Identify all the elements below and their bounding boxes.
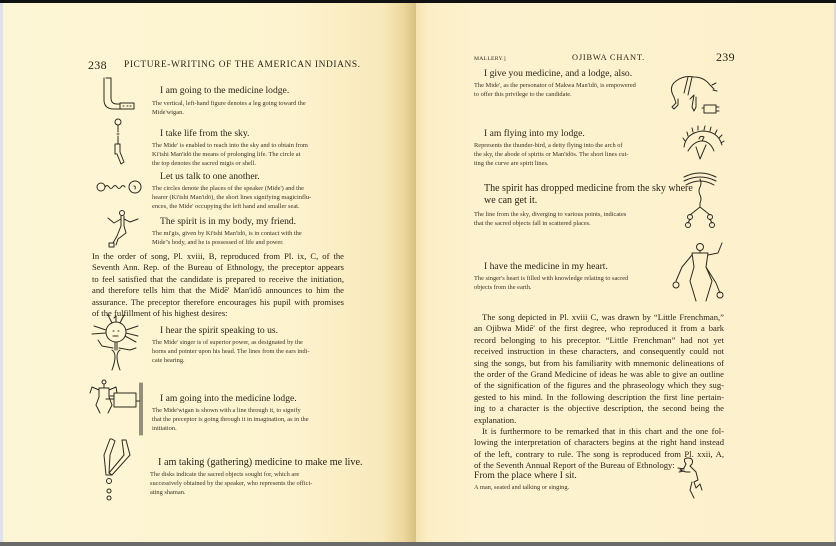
caption: The spirit is in my body, my friend.: [160, 216, 296, 227]
caption: Let us talk to one another.: [160, 171, 260, 182]
arms-and-disks-figure: [100, 437, 136, 505]
body-paragraph: The song depicted in Pl. xviii C, was dr…: [474, 312, 724, 472]
bear-spirit-figure: [666, 73, 728, 115]
caption: I give you medicine, and a lodge, also.: [484, 68, 632, 79]
thunderbird-arch-figure: [680, 125, 726, 165]
man-and-lodge-figure: [86, 379, 150, 439]
caption: I am going into the medicine lodge.: [160, 393, 297, 404]
caption: I have the medicine in my heart.: [484, 261, 608, 272]
heart-man-figure: [672, 241, 724, 307]
right-page: MALLERY.] OJIBWA CHANT. 239 I give you m…: [416, 3, 836, 542]
leg-toward-lodge-figure: [100, 76, 140, 112]
dancing-man-figure: [104, 209, 144, 249]
description: The vertical, left-hand figure denotes a…: [152, 99, 306, 117]
description: The singer's heart is filled with knowle…: [474, 274, 628, 292]
description: The mi'gis, given by Ki'tshi Man'idō, is…: [152, 229, 302, 247]
description: The Mide' singer is of superior power, a…: [152, 338, 309, 365]
caption: I am taking (gathering) medicine to make…: [158, 457, 363, 468]
description: A man, seated and talking or singing.: [474, 483, 569, 492]
description: The disks indicate the sacred objects so…: [150, 470, 312, 497]
arm-reaching-sky-figure: [110, 118, 130, 170]
caption: The spirit has dropped medicine from the…: [484, 183, 693, 207]
running-head: OJIBWA CHANT.: [572, 53, 645, 62]
book-spread: 238 PICTURE-WRITING OF THE AMERICAN INDI…: [0, 3, 836, 542]
caption: I take life from the sky.: [160, 128, 249, 139]
horned-singer-figure: [88, 312, 144, 372]
caption: I hear the spirit speaking to us.: [160, 325, 278, 336]
description: The Mide'wigan is shown with a line thro…: [152, 406, 309, 433]
page-number: 238: [88, 58, 107, 73]
two-circles-figure: [94, 177, 144, 197]
running-head: PICTURE-WRITING OF THE AMERICAN INDIANS.: [124, 60, 361, 70]
description: The circles denote the places of the spe…: [152, 184, 311, 211]
caption: I am going to the medicine lodge.: [160, 85, 289, 96]
seated-man-figure: [676, 456, 706, 500]
viewer-bottom-border: [0, 542, 836, 546]
left-page: 238 PICTURE-WRITING OF THE AMERICAN INDI…: [0, 3, 416, 542]
caption: From the place where I sit.: [474, 470, 577, 481]
body-paragraph: In the order of song, Pl. xviii, B, repr…: [92, 251, 344, 319]
running-head-author: MALLERY.]: [474, 56, 506, 62]
description: The Mide', as the personator of Makwa Ma…: [474, 81, 636, 99]
page-number: 239: [716, 50, 735, 65]
description: The Mide' is enabled to reach into the s…: [152, 141, 308, 168]
caption: I am flying into my lodge.: [484, 128, 585, 139]
description: The line from the sky, diverging to vari…: [474, 210, 626, 228]
description: Represents the thunder-bird, a deity fly…: [474, 141, 629, 168]
